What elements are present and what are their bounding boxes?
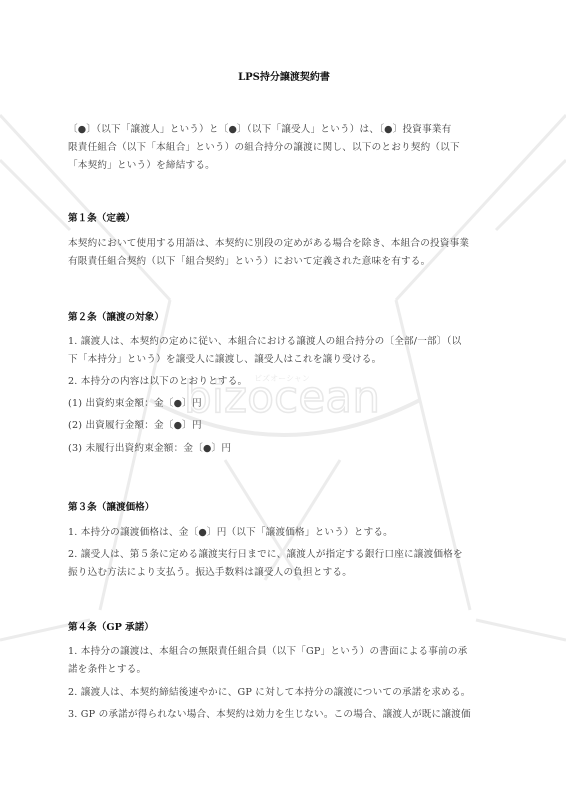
article-3-clause-2: 2. 譲受人は、第５条に定める譲渡実行日までに、譲渡人が指定する銀行口座に譲渡価… <box>68 546 500 582</box>
article-4-clause-1: 1. 本持分の譲渡は、本組合の無限責任組合員（以下「GP」という）の書面による事… <box>68 643 500 679</box>
article-1-heading: 第１条（定義） <box>68 212 135 226</box>
intro-line: 限責任組合（以下「本組合」という）の組合持分の譲渡に関し、以下のとおり契約（以下 <box>68 139 500 157</box>
intro-line: 〔●〕（以下「譲渡人」という）と〔●〕（以下「譲受人」という）は、〔●〕投資事業… <box>68 121 500 139</box>
clause-line: 諾を条件とする。 <box>68 661 500 679</box>
article-1-body: 本契約において使用する用語は、本契約に別段の定めがある場合を除き、本組合の投資事… <box>68 235 500 271</box>
article-2-clause-1: 1. 譲渡人は、本契約の定めに従い、本組合における譲渡人の組合持分の〔全部/一部… <box>68 333 500 369</box>
article-1-line: 有限責任組合契約（以下「組合契約」という）において定義された意味を有する。 <box>68 253 500 271</box>
intro-line: 「本契約」という）を締結する。 <box>68 157 500 175</box>
article-2-clause-2: 2. 本持分の内容は以下のとおりとする。 <box>68 373 500 391</box>
article-3-heading: 第３条（譲渡価格） <box>68 501 154 515</box>
clause-line: 1. 本持分の譲渡価格は、金〔●〕円（以下「譲渡価格」という）とする。 <box>68 524 500 542</box>
article-3-clause-1: 1. 本持分の譲渡価格は、金〔●〕円（以下「譲渡価格」という）とする。 <box>68 524 500 542</box>
article-2-item-1: (1) 出資約束金額：金〔●〕円 <box>68 395 500 413</box>
article-2-heading: 第２条（譲渡の対象） <box>68 311 164 325</box>
intro-paragraph: 〔●〕（以下「譲渡人」という）と〔●〕（以下「譲受人」という）は、〔●〕投資事業… <box>68 121 500 175</box>
item-line: (3) 未履行出資約束金額：金〔●〕円 <box>68 440 500 458</box>
item-line: (2) 出資履行金額：金〔●〕円 <box>68 417 500 435</box>
article-2-item-3: (3) 未履行出資約束金額：金〔●〕円 <box>68 440 500 458</box>
article-1-line: 本契約において使用する用語は、本契約に別段の定めがある場合を除き、本組合の投資事… <box>68 235 500 253</box>
clause-line: 3. GP の承諾が得られない場合、本契約は効力を生じない。この場合、譲渡人が既… <box>68 706 500 724</box>
clause-line: 振り込む方法により支払う。振込手数料は譲受人の負担とする。 <box>68 564 500 582</box>
item-line: (1) 出資約束金額：金〔●〕円 <box>68 395 500 413</box>
article-4-clause-2: 2. 譲渡人は、本契約締結後速やかに、GP に対して本持分の譲渡についての承諾を… <box>68 684 500 702</box>
clause-line: 2. 譲渡人は、本契約締結後速やかに、GP に対して本持分の譲渡についての承諾を… <box>68 684 500 702</box>
article-2-item-2: (2) 出資履行金額：金〔●〕円 <box>68 417 500 435</box>
clause-line: 2. 譲受人は、第５条に定める譲渡実行日までに、譲渡人が指定する銀行口座に譲渡価… <box>68 546 500 564</box>
clause-line: 2. 本持分の内容は以下のとおりとする。 <box>68 373 500 391</box>
document-title: LPS持分譲渡契約書 <box>68 68 500 83</box>
article-4-heading: 第４条（GP 承諾） <box>68 621 154 635</box>
clause-line: 1. 譲渡人は、本契約の定めに従い、本組合における譲渡人の組合持分の〔全部/一部… <box>68 333 500 351</box>
clause-line: 下「本持分」という）を譲受人に譲渡し、譲受人はこれを譲り受ける。 <box>68 351 500 369</box>
article-4-clause-3: 3. GP の承諾が得られない場合、本契約は効力を生じない。この場合、譲渡人が既… <box>68 706 500 724</box>
clause-line: 1. 本持分の譲渡は、本組合の無限責任組合員（以下「GP」という）の書面による事… <box>68 643 500 661</box>
